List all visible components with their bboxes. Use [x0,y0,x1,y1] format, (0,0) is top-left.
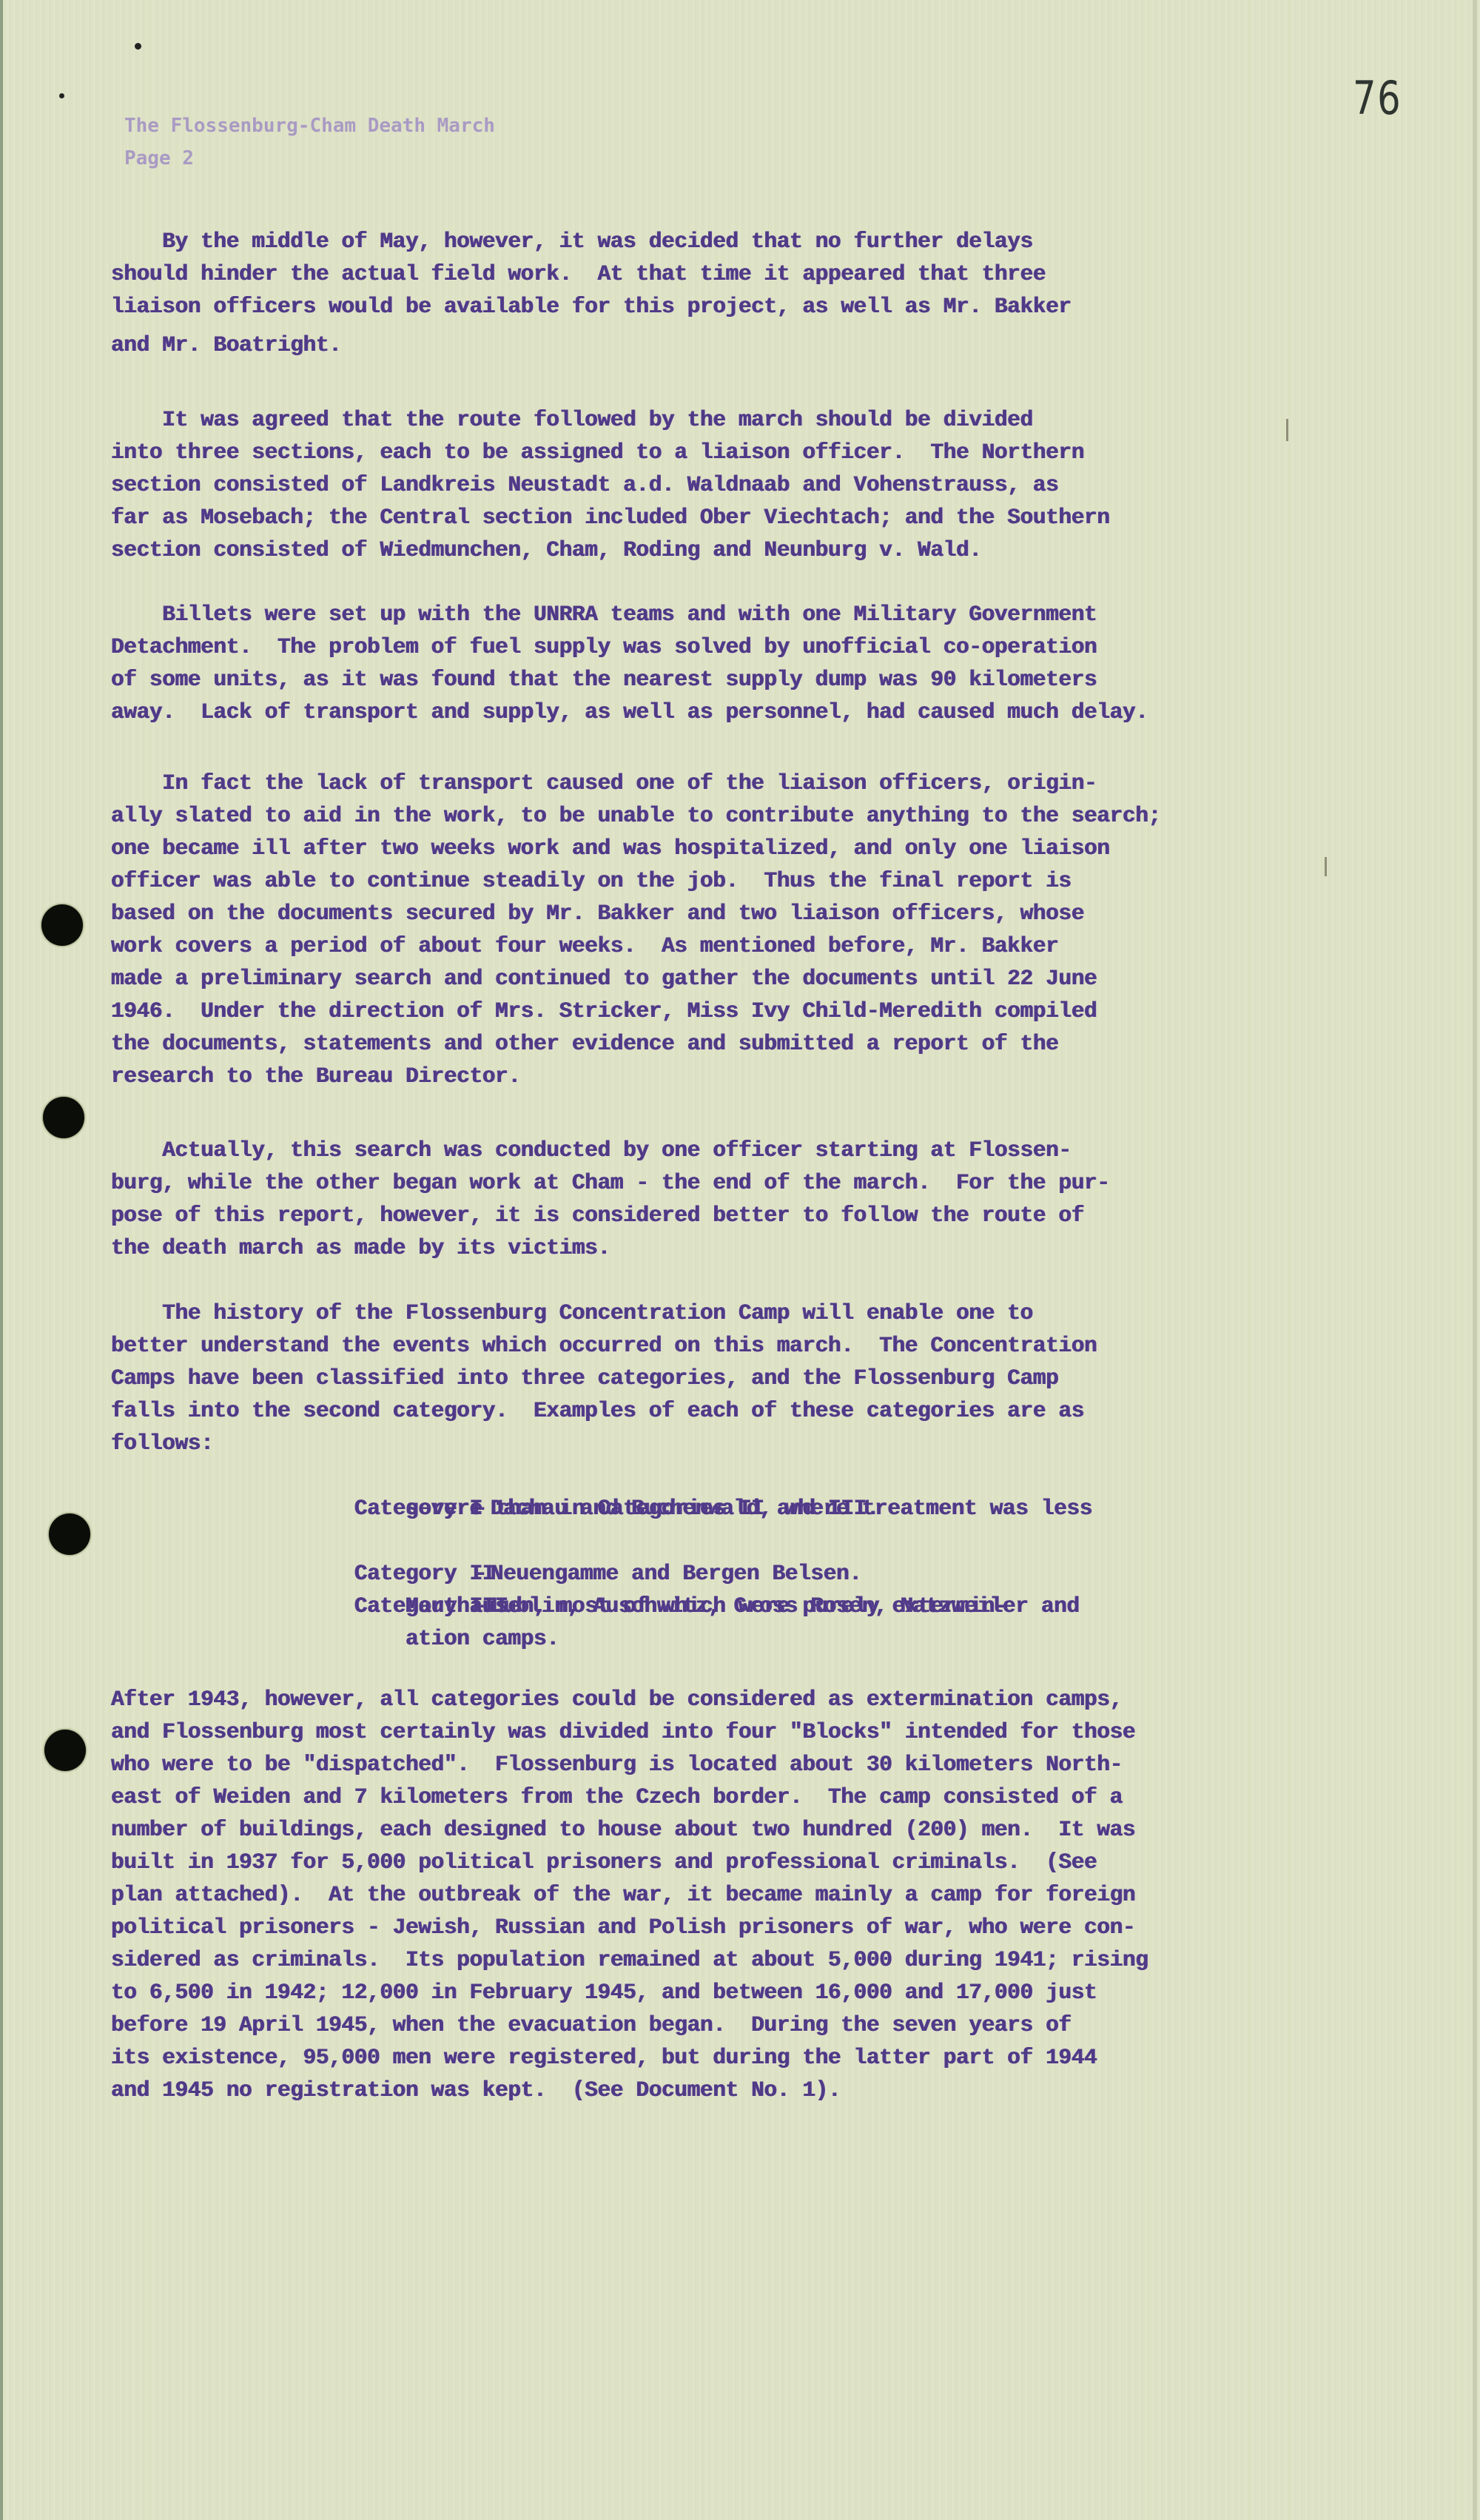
text-line: of some units, as it was found that the … [111,663,1428,696]
text-line: Camps have been classified into three ca… [111,1362,1428,1394]
category-description-continued: Mauthausen, most of which were purely ex… [406,1590,1007,1622]
text-line: Detachment. The problem of fuel supply w… [111,631,1428,663]
text-line: research to the Bureau Director. [111,1060,1428,1092]
paragraph-5: Actually, this search was conducted by o… [111,1134,1428,1264]
text-line: It was agreed that the route followed by… [111,403,1428,436]
document-page: 76 The Flossenburg-Cham Death March Page… [0,0,1477,2520]
category-description-continued: severe than in Categories II and III. [406,1492,879,1525]
text-line: section consisted of Wiedmunchen, Cham, … [111,534,1428,566]
text-line: number of buildings, each designed to ho… [111,1813,1428,1846]
punch-hole-icon [44,1730,86,1771]
text-line: burg, while the other began work at Cham… [111,1166,1428,1199]
text-line: one became ill after two weeks work and … [111,832,1428,864]
punch-hole-icon [43,1097,84,1138]
text-line: east of Weiden and 7 kilometers from the… [111,1781,1428,1813]
text-line: its existence, 95,000 men were registere… [111,2041,1428,2074]
text-line: who were to be "dispatched". Flossenburg… [111,1748,1428,1781]
text-line: to 6,500 in 1942; 12,000 in February 194… [111,1976,1428,2009]
text-line: based on the documents secured by Mr. Ba… [111,897,1428,930]
text-line: should hinder the actual field work. At … [111,258,1428,290]
text-line: sidered as criminals. Its population rem… [111,1943,1428,1976]
document-header: The Flossenburg-Cham Death March Page 2 [124,110,495,175]
text-line: Actually, this search was conducted by o… [111,1134,1428,1166]
text-line: In fact the lack of transport caused one… [111,767,1428,799]
paragraph-1: By the middle of May, however, it was de… [111,225,1428,361]
text-line: pose of this report, however, it is cons… [111,1199,1428,1232]
text-line: Billets were set up with the UNRRA teams… [111,598,1428,631]
ink-speck [135,43,141,50]
text-line: liaison officers would be available for … [111,290,1428,323]
text-line: the death march as made by its victims. [111,1232,1428,1264]
text-line: After 1943, however, all categories coul… [111,1683,1428,1716]
paragraph-7: After 1943, however, all categories coul… [111,1683,1428,2106]
paragraph-2: It was agreed that the route followed by… [111,403,1428,566]
text-line: falls into the second category. Examples… [111,1394,1428,1427]
text-line: officer was able to continue steadily on… [111,864,1428,897]
paragraph-4: In fact the lack of transport caused one… [111,767,1428,1092]
text-line: and 1945 no registration was kept. (See … [111,2074,1428,2106]
text-line: and Mr. Boatright. [111,329,1428,361]
page-number: 76 [1353,71,1402,125]
category-description-continued: ation camps. [406,1622,559,1655]
text-line: 1946. Under the direction of Mrs. Strick… [111,995,1428,1027]
text-line: the documents, statements and other evid… [111,1027,1428,1060]
text-line: built in 1937 for 5,000 political prison… [111,1846,1428,1878]
text-line: By the middle of May, however, it was de… [111,225,1428,258]
text-line: work covers a period of about four weeks… [111,930,1428,962]
text-line: better understand the events which occur… [111,1329,1428,1362]
text-line: made a preliminary search and continued … [111,962,1428,995]
page-left-edge [0,0,3,2520]
text-line: before 19 April 1945, when the evacuatio… [111,2009,1428,2041]
text-line: political prisoners - Jewish, Russian an… [111,1911,1428,1943]
paragraph-3: Billets were set up with the UNRRA teams… [111,598,1428,728]
text-line: far as Mosebach; the Central section inc… [111,501,1428,534]
ink-speck [59,93,64,98]
text-line: The history of the Flossenburg Concentra… [111,1297,1428,1329]
punch-hole-icon [49,1513,90,1555]
document-title: The Flossenburg-Cham Death March [124,110,495,142]
text-line: into three sections, each to be assigned… [111,436,1428,468]
text-line: ally slated to aid in the work, to be un… [111,799,1428,832]
page-label: Page 2 [124,142,495,175]
text-line: follows: [111,1427,1428,1459]
text-line: plan attached). At the outbreak of the w… [111,1878,1428,1911]
punch-hole-icon [41,904,83,946]
text-line: and Flossenburg most certainly was divid… [111,1716,1428,1748]
text-line: away. Lack of transport and supply, as w… [111,696,1428,728]
paragraph-6: The history of the Flossenburg Concentra… [111,1297,1428,1459]
text-line: section consisted of Landkreis Neustadt … [111,468,1428,501]
